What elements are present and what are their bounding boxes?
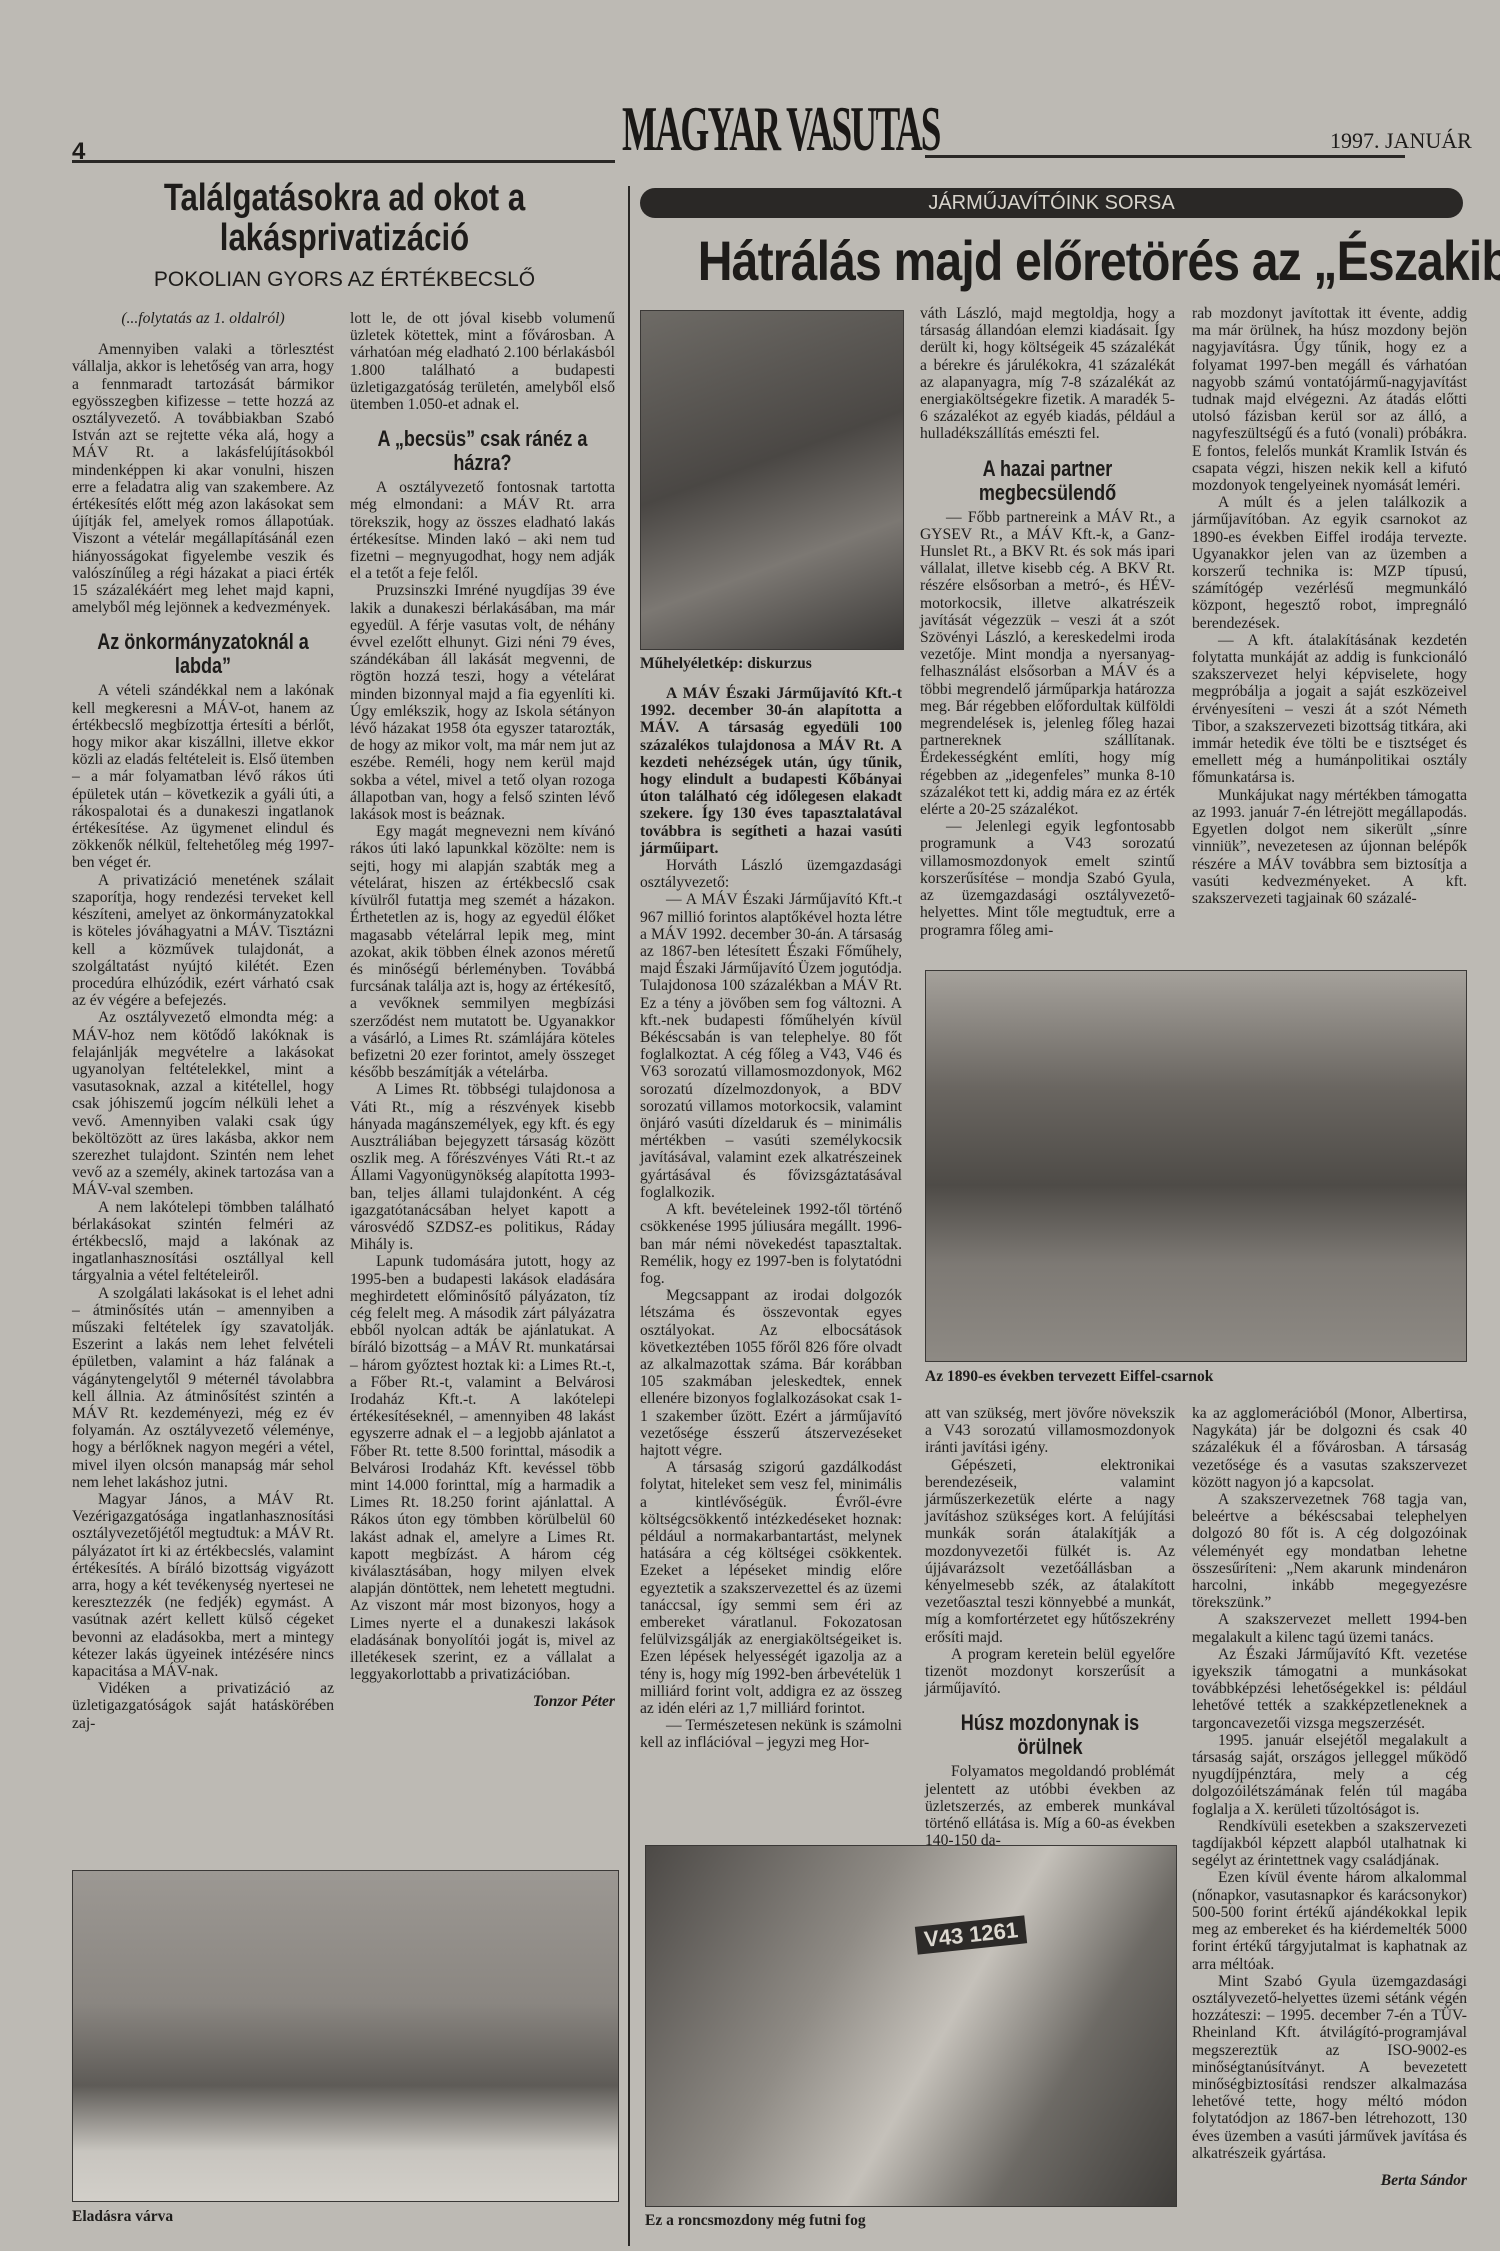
photo-caption: Műhelyéletkép: diskurzus bbox=[640, 655, 812, 673]
paragraph: A nem lakótelepi tömbben található bérla… bbox=[72, 1199, 334, 1285]
paragraph: váth László, majd megtoldja, hogy a társ… bbox=[920, 305, 1175, 443]
paragraph: — Jelenlegi egyik legfontosabb programun… bbox=[920, 818, 1175, 938]
paragraph: Mint Szabó Gyula üzemgazdasági osztályve… bbox=[1192, 1973, 1467, 2162]
locomotive-number-plate: V43 1261 bbox=[915, 1915, 1028, 1954]
photo-caption: Ez a roncsmozdony még futni fog bbox=[645, 2212, 866, 2230]
paragraph: A szolgálati lakásokat is el lehet adni … bbox=[72, 1285, 334, 1491]
column-divider bbox=[628, 186, 630, 2246]
paragraph: Az osztályvezető elmondta még: a MÁV-hoz… bbox=[72, 1009, 334, 1198]
section-band: JÁRMŰJAVÍTÓINK SORSA bbox=[640, 188, 1463, 218]
header-rule-left bbox=[72, 160, 615, 163]
paragraph: lott le, de ott jóval kisebb volumenű üz… bbox=[350, 310, 615, 413]
paragraph: — A MÁV Északi Járműjavító Kft.-t 967 mi… bbox=[640, 891, 902, 1201]
photo-workshop bbox=[640, 310, 904, 650]
paragraph: — Főbb partnereink a MÁV Rt., a GYSEV Rt… bbox=[920, 509, 1175, 819]
photo-eiffel-hall bbox=[925, 970, 1467, 1362]
paragraph: A vételi szándékkal nem a lakónak kell m… bbox=[72, 682, 334, 871]
left-article-column-2: lott le, de ott jóval kisebb volumenű üz… bbox=[350, 310, 615, 1711]
lead-paragraph: A MÁV Északi Járműjavító Kft.-t 1992. de… bbox=[640, 685, 902, 857]
photo-house-in-snow bbox=[72, 1870, 619, 2202]
paragraph: — Természetesen nekünk is számolni kell … bbox=[640, 1717, 902, 1751]
right-article-column-1: A MÁV Északi Járműjavító Kft.-t 1992. de… bbox=[640, 685, 902, 1752]
subheading: A „becsüs” csak ránéz a házra? bbox=[374, 427, 591, 475]
paragraph: Rendkívüli esetekben a szakszervezeti ta… bbox=[1192, 1818, 1467, 1870]
paragraph: Folyamatos megoldandó problémát jelentet… bbox=[925, 1763, 1175, 1849]
paragraph: Gépészeti, elektronikai berendezéseik, v… bbox=[925, 1457, 1175, 1646]
paragraph: Ezen kívül évente három alkalommal (nőna… bbox=[1192, 1869, 1467, 1972]
paragraph: Lapunk tudomására jutott, hogy az 1995-b… bbox=[350, 1253, 615, 1683]
paragraph: A kft. bevételeinek 1992-től történő csö… bbox=[640, 1201, 902, 1287]
paragraph: A szakszervezet mellett 1994-ben megalak… bbox=[1192, 1611, 1467, 1645]
paragraph: A Limes Rt. többségi tulajdonosa a Váti … bbox=[350, 1081, 615, 1253]
paragraph: A szakszervezetnek 768 tagja van, beleér… bbox=[1192, 1491, 1467, 1611]
paragraph: Munkájukat nagy mértékben támogatta az 1… bbox=[1192, 787, 1467, 907]
subheading: Az önkormányzatoknál a labda” bbox=[96, 630, 311, 678]
paragraph: A program keretein belül egyelőre tizenö… bbox=[925, 1646, 1175, 1698]
right-article-column-3: rab mozdonyt javítottak itt évente, addi… bbox=[1192, 305, 1467, 907]
masthead: MAGYAR VASUTAS bbox=[622, 92, 796, 166]
author-signature: Tonzor Péter bbox=[350, 1693, 615, 1710]
left-article-title: Találgatásokra ad okot a lakásprivatizác… bbox=[121, 178, 568, 258]
header-rule-right bbox=[925, 155, 1405, 158]
left-article-column-1: (...folytatás az 1. oldalról) Amennyiben… bbox=[72, 310, 334, 1732]
left-article-subtitle: POKOLIAN GYORS AZ ÉRTÉKBECSLŐ bbox=[72, 268, 617, 292]
paragraph: Az Északi Járműjavító Kft. vezetése igye… bbox=[1192, 1646, 1467, 1732]
photo-caption: Az 1890-es években tervezett Eiffel-csar… bbox=[925, 1368, 1213, 1386]
paragraph: — A kft. átalakításának kezdetén folytat… bbox=[1192, 632, 1467, 787]
right-article-column-3-lower: ka az agglomerációból (Monor, Albertirsa… bbox=[1192, 1405, 1467, 2189]
paragraph: Pruzsinszki Imréné nyugdíjas 39 éve laki… bbox=[350, 582, 615, 823]
paragraph: Egy magát megnevezni nem kívánó rákos út… bbox=[350, 823, 615, 1081]
subheading: Húsz mozdonynak is örülnek bbox=[948, 1711, 1153, 1759]
paragraph: A osztályvezető fontosnak tartotta még e… bbox=[350, 479, 615, 582]
subheading: A hazai partner megbecsülendő bbox=[943, 457, 1152, 505]
paragraph: Megcsappant az irodai dolgozók létszáma … bbox=[640, 1287, 902, 1459]
right-article-title: Hátrálás majd előretörés az „Északiban” bbox=[698, 228, 1408, 293]
author-signature: Berta Sándor bbox=[1192, 2172, 1467, 2189]
paragraph: A társaság szigorú gazdálkodást folytat,… bbox=[640, 1459, 902, 1717]
paragraph: Amennyiben valaki a törlesztést vállalja… bbox=[72, 341, 334, 616]
paragraph: rab mozdonyt javítottak itt évente, addi… bbox=[1192, 305, 1467, 494]
photo-wrecked-locomotive: V43 1261 bbox=[645, 1845, 1177, 2207]
paragraph: ka az agglomerációból (Monor, Albertirsa… bbox=[1192, 1405, 1467, 1491]
paragraph: Vidéken a privatizáció az üzletigazgatós… bbox=[72, 1680, 334, 1732]
continuation-note: (...folytatás az 1. oldalról) bbox=[72, 310, 334, 327]
paragraph: att van szükség, mert jövőre növekszik a… bbox=[925, 1405, 1175, 1457]
paragraph: Horváth László üzemgazdasági osztályveze… bbox=[640, 857, 902, 891]
issue-date: 1997. JANUÁR bbox=[1330, 128, 1472, 154]
photo-caption: Eladásra várva bbox=[72, 2208, 173, 2226]
paragraph: Magyar János, a MÁV Rt. Vezérigazgatóság… bbox=[72, 1491, 334, 1680]
right-article-column-2-lower: att van szükség, mert jövőre növekszik a… bbox=[925, 1405, 1175, 1849]
paragraph: A privatizáció menetének szálait szaporí… bbox=[72, 872, 334, 1010]
right-article-column-2: váth László, majd megtoldja, hogy a társ… bbox=[920, 305, 1175, 939]
paragraph: A múlt és a jelen találkozik a járműjaví… bbox=[1192, 494, 1467, 632]
paragraph: 1995. január elsejétől megalakult a társ… bbox=[1192, 1732, 1467, 1818]
